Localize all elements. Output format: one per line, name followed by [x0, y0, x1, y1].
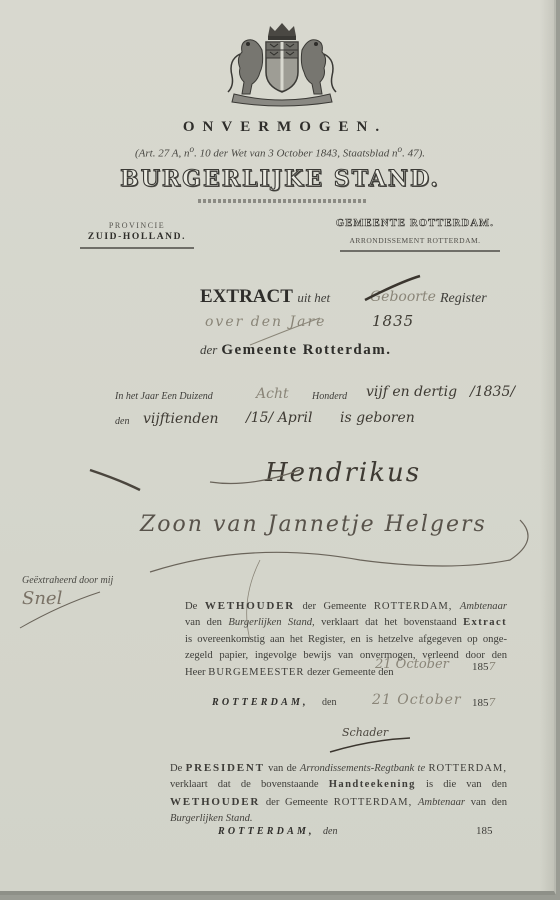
pres-line-3: WETHOUDER der Gemeente ROTTERDAM, Ambten…	[170, 794, 507, 811]
den-2: den	[323, 826, 337, 837]
honderd-label: Honderd	[312, 391, 347, 402]
year-thousands-handwritten: Acht	[256, 386, 289, 402]
year-2: 185	[476, 825, 493, 837]
register-label: Register	[440, 291, 487, 307]
cert-line-4: zegeld papier, ingevolge bewijs van onve…	[185, 648, 507, 664]
extractor-signature: Snel	[22, 588, 62, 609]
document-page: ONVERMOGEN. (Art. 27 A, no. 10 der Wet v…	[0, 0, 556, 895]
district-value: ARRONDISSEMENT ROTTERDAM.	[320, 236, 510, 245]
province-value: ZUID-HOLLAND.	[80, 232, 194, 242]
cert-year: 1857	[472, 660, 496, 673]
year-1: 1857	[472, 696, 496, 709]
is-geboren-handwritten: is geboren	[340, 410, 415, 426]
cert-line-2: van den Burgerlijken Stand, verklaart da…	[185, 615, 507, 631]
parent-handwritten: Zoon van Jannetje Helgers	[140, 512, 487, 537]
year-digits-handwritten: /1835/	[470, 384, 515, 400]
coat-of-arms-icon	[218, 20, 346, 108]
den-1: den	[322, 697, 336, 708]
year-line-handwritten: over den Jare	[205, 314, 326, 330]
cert-line-3: is overeenkomstig aan het Register, en i…	[185, 632, 507, 648]
day-words-handwritten: vijftienden	[143, 411, 219, 427]
cert-date-handwritten: 21 October	[375, 657, 449, 672]
cert-line-1: De WETHOUDER der Gemeente ROTTERDAM, Amb…	[185, 598, 507, 615]
province-label: PROVINCIE	[80, 221, 194, 230]
title-onvermogen: ONVERMOGEN.	[0, 119, 560, 136]
year-prefix: In het Jaar Een Duizend	[115, 391, 213, 402]
decorative-dotted-rule	[198, 199, 366, 203]
province-rule	[80, 247, 194, 249]
pres-line-1: De PRESIDENT van de Arrondissements-Regt…	[170, 760, 507, 777]
title-burgerlijke-stand: BURGERLIJKE STAND.	[0, 166, 560, 192]
den-label: den	[115, 416, 129, 427]
legal-reference: (Art. 27 A, no. 10 der Wet van 3 October…	[0, 144, 560, 160]
child-name-handwritten: Hendrikus	[265, 458, 421, 488]
municipality-rule	[340, 250, 500, 252]
date-1-handwritten: 21 October	[372, 692, 462, 708]
place-2: ROTTERDAM,	[218, 826, 315, 837]
year-words-handwritten: vijf en dertig	[366, 384, 457, 400]
year-handwritten: 1835	[372, 312, 414, 330]
municipality-value: GEMEENTE ROTTERDAM.	[320, 218, 510, 229]
pres-line-2: verklaart dat de bovenstaande Handteeken…	[170, 777, 507, 793]
cert-line-5: Heer BURGEMEESTER dezer Gemeente den	[185, 665, 507, 681]
register-type-handwritten: Geboorte	[370, 289, 436, 305]
extract-heading: EXTRACT uit het	[200, 286, 330, 308]
wethouder-signature: Schader	[342, 726, 388, 739]
certification-paragraph: De WETHOUDER der Gemeente ROTTERDAM, Amb…	[185, 598, 507, 681]
place-1: ROTTERDAM,	[212, 697, 309, 708]
president-paragraph: De PRESIDENT van de Arrondissements-Regt…	[170, 760, 507, 828]
extracted-by-label: Geëxtraheerd door mij	[22, 575, 113, 586]
gemeente-line: der Gemeente Rotterdam.	[200, 341, 391, 359]
day-month-handwritten: /15/ April	[246, 410, 312, 426]
